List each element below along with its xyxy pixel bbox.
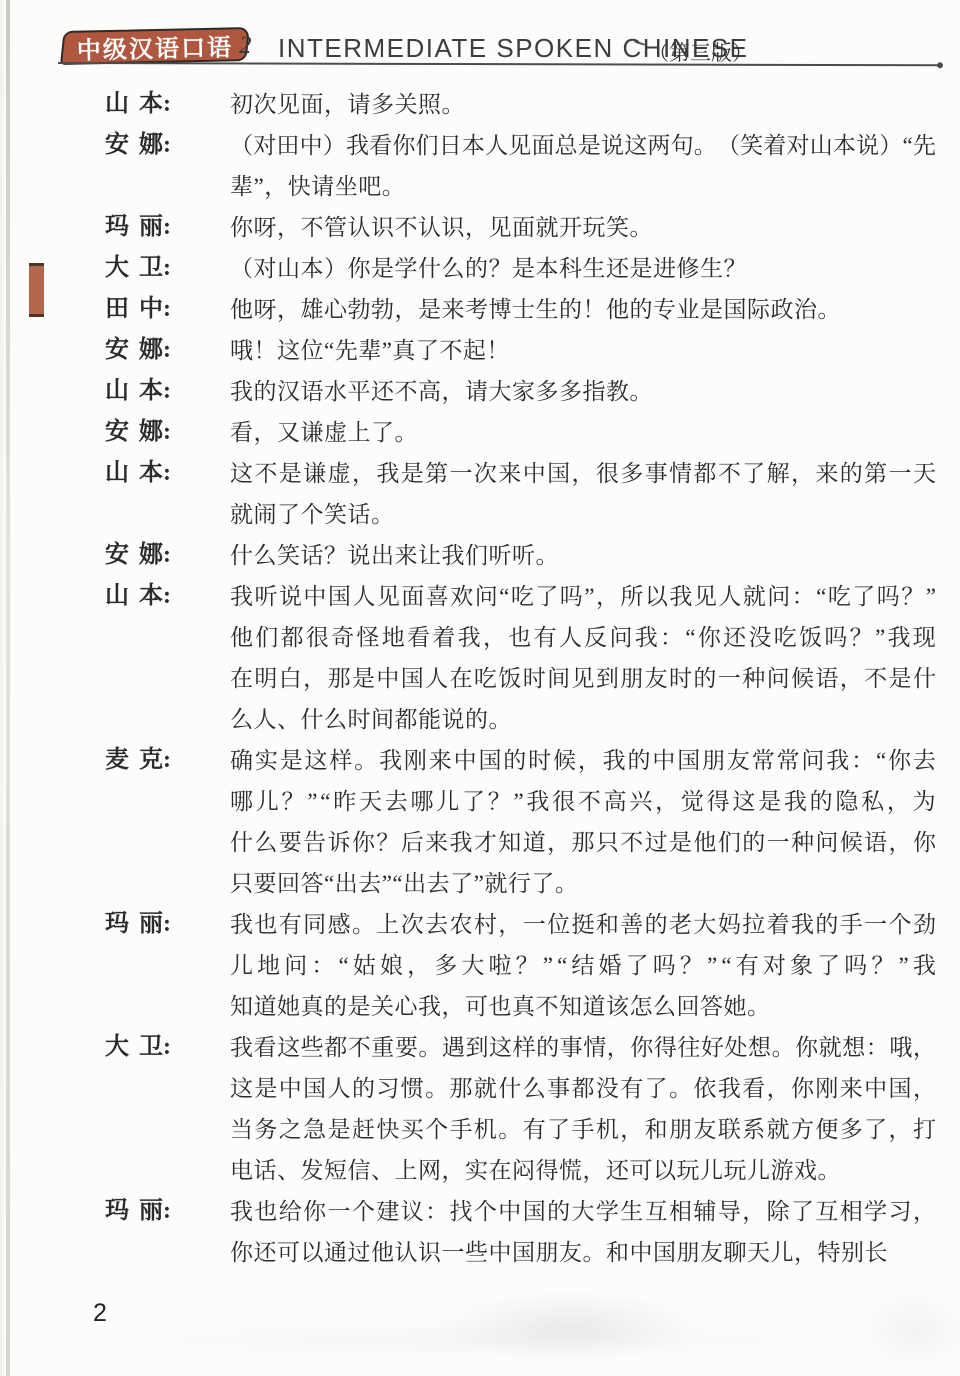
dialogue-line: 你还可以通过他认识一些中国朋友。和中国朋友聊天儿，特别长 — [230, 1232, 936, 1273]
speaker-label: 安娜: — [105, 125, 171, 166]
dialogue-text: 我听说中国人见面喜欢问“吃了吗”，所以我见人就问：“吃了吗？”他们都很奇怪地看着… — [230, 576, 936, 740]
speaker-label: 玛丽: — [105, 207, 171, 248]
speaker-label: 大卫: — [105, 248, 171, 289]
dialogue-row: 安娜: 看，又谦虚上了。 — [105, 412, 943, 453]
dialogue-line: 知道她真的是关心我，可也真不知道该怎么回答她。 — [230, 986, 936, 1027]
dialogue-row: 安娜: 哦！这位“先辈”真了不起！ — [105, 330, 943, 371]
dialogue-text: 哦！这位“先辈”真了不起！ — [230, 330, 936, 371]
dialogue-row: 安娜: 什么笑话？说出来让我们听听。 — [105, 535, 943, 576]
dialogue-row: 大卫: （对山本）你是学什么的？是本科生还是进修生？ — [105, 248, 943, 289]
dialogue-text: 确实是这样。我刚来中国的时候，我的中国朋友常常问我：“你去哪儿？”“昨天去哪儿了… — [230, 740, 936, 904]
series-badge-label: 中级汉语口语 — [76, 27, 233, 65]
dialogue-line: 我也给你一个建议：找个中国的大学生互相辅导，除了互相学习， — [230, 1191, 936, 1232]
dialogue-line: 只要回答“出去”“出去了”就行了。 — [230, 863, 936, 904]
dialogue-line: 么人、什么时间都能说的。 — [230, 699, 936, 740]
dialogue-row: 安娜: （对田中）我看你们日本人见面总是说这两句。（笑着对山本说）“先辈”，快请… — [105, 125, 943, 207]
dialogue-text: 这不是谦虚，我是第一次来中国，很多事情都不了解，来的第一天就闹了个笑话。 — [230, 453, 936, 535]
dialogue-line: 我也有同感。上次去农村，一位挺和善的老大妈拉着我的手一个劲 — [230, 904, 936, 945]
speaker-label: 麦克: — [105, 740, 171, 781]
scan-smudge — [860, 1290, 960, 1370]
dialogue-line: 他们都很奇怪地看着我，也有人反问我：“你还没吃饭吗？”我现 — [230, 617, 936, 658]
dialogue-text: 我看这些都不重要。遇到这样的事情，你得往好处想。你就想：哦，这是中国人的习惯。那… — [230, 1027, 936, 1191]
series-badge: 中级汉语口语 — [60, 27, 250, 65]
dialogue-line: 电话、发短信、上网，实在闷得慌，还可以玩儿玩儿游戏。 — [230, 1150, 936, 1191]
speaker-label: 安娜: — [105, 535, 171, 576]
dialogue-text: （对山本）你是学什么的？是本科生还是进修生？ — [230, 248, 936, 289]
dialogue-row: 玛丽: 你呀，不管认识不认识，见面就开玩笑。 — [105, 207, 943, 248]
footer-page-number: 2 — [93, 1299, 107, 1328]
dialogue-row: 玛丽: 我也给你一个建议：找个中国的大学生互相辅导，除了互相学习，你还可以通过他… — [105, 1191, 943, 1273]
chapter-tab-marker — [29, 263, 44, 317]
dialogue-line: 这不是谦虚，我是第一次来中国，很多事情都不了解，来的第一天 — [230, 453, 936, 494]
dialogue-text: 我也有同感。上次去农村，一位挺和善的老大妈拉着我的手一个劲儿地问：“姑娘，多大啦… — [230, 904, 936, 1027]
header-edition: （第三版） — [648, 37, 753, 67]
speaker-label: 山本: — [105, 371, 171, 412]
speaker-label: 大卫: — [105, 1027, 171, 1068]
dialogue-text: 我的汉语水平还不高，请大家多多指教。 — [230, 371, 936, 412]
dialogue-line: 在明白，那是中国人在吃饭时间见到朋友时的一种问候语，不是什 — [230, 658, 936, 699]
dialogue-line: 我听说中国人见面喜欢问“吃了吗”，所以我见人就问：“吃了吗？” — [230, 576, 936, 617]
dialogue-line: 你呀，不管认识不认识，见面就开玩笑。 — [230, 207, 936, 248]
dialogue-line: 哦！这位“先辈”真了不起！ — [230, 330, 936, 371]
speaker-label: 田中: — [105, 289, 171, 330]
speaker-label: 安娜: — [105, 412, 171, 453]
speaker-label: 山本: — [105, 84, 171, 125]
dialogue-line: 确实是这样。我刚来中国的时候，我的中国朋友常常问我：“你去 — [230, 740, 936, 781]
dialogue-row: 山本: 我的汉语水平还不高，请大家多多指教。 — [105, 371, 943, 412]
dialogue-line: 这是中国人的习惯。那就什么事都没有了。依我看，你刚来中国， — [230, 1068, 936, 1109]
dialogue-line: 初次见面，请多关照。 — [230, 84, 936, 125]
dialogue-row: 麦克: 确实是这样。我刚来中国的时候，我的中国朋友常常问我：“你去哪儿？”“昨天… — [105, 740, 943, 904]
dialogue-row: 山本: 我听说中国人见面喜欢问“吃了吗”，所以我见人就问：“吃了吗？”他们都很奇… — [105, 576, 943, 740]
dialogue-line: 就闹了个笑话。 — [230, 494, 936, 535]
dialogue-row: 山本: 初次见面，请多关照。 — [105, 84, 943, 125]
dialogue-line: 哪儿？”“昨天去哪儿了？”我很不高兴，觉得这是我的隐私，为 — [230, 781, 936, 822]
speaker-label: 玛丽: — [105, 1191, 171, 1232]
header-rule — [58, 62, 940, 66]
dialogue-line: 辈”，快请坐吧。 — [230, 166, 936, 207]
dialogue-line: 儿地问：“姑娘，多大啦？”“结婚了吗？”“有对象了吗？”我 — [230, 945, 936, 986]
scan-smudge — [120, 1320, 820, 1360]
speaker-label: 山本: — [105, 453, 171, 494]
dialogue-line: 什么笑话？说出来让我们听听。 — [230, 535, 936, 576]
dialogue-row: 玛丽: 我也有同感。上次去农村，一位挺和善的老大妈拉着我的手一个劲儿地问：“姑娘… — [105, 904, 943, 1027]
header-page-number: 2 — [239, 32, 252, 60]
page-header: 中级汉语口语 2 INTERMEDIATE SPOKEN CHINESE （第三… — [0, 26, 960, 66]
dialogue-text: 他呀，雄心勃勃，是来考博士生的！他的专业是国际政治。 — [230, 289, 936, 330]
dialogue-text: 你呀，不管认识不认识，见面就开玩笑。 — [230, 207, 936, 248]
dialogue-line: （对田中）我看你们日本人见面总是说这两句。（笑着对山本说）“先 — [230, 125, 936, 166]
speaker-label: 安娜: — [105, 330, 171, 371]
scan-smudge — [440, 1290, 700, 1360]
dialogue-line: 看，又谦虚上了。 — [230, 412, 936, 453]
dialogue: 山本: 初次见面，请多关照。 安娜: （对田中）我看你们日本人见面总是说这两句。… — [105, 84, 943, 1273]
book-spine-edge — [6, 0, 10, 1376]
dialogue-text: （对田中）我看你们日本人见面总是说这两句。（笑着对山本说）“先辈”，快请坐吧。 — [230, 125, 936, 207]
scanned-textbook-page: 中级汉语口语 2 INTERMEDIATE SPOKEN CHINESE （第三… — [0, 0, 960, 1376]
dialogue-text: 我也给你一个建议：找个中国的大学生互相辅导，除了互相学习，你还可以通过他认识一些… — [230, 1191, 936, 1273]
dialogue-row: 田中: 他呀，雄心勃勃，是来考博士生的！他的专业是国际政治。 — [105, 289, 943, 330]
dialogue-line: 我看这些都不重要。遇到这样的事情，你得往好处想。你就想：哦， — [230, 1027, 936, 1068]
dialogue-text: 初次见面，请多关照。 — [230, 84, 936, 125]
speaker-label: 山本: — [105, 576, 171, 617]
dialogue-row: 大卫: 我看这些都不重要。遇到这样的事情，你得往好处想。你就想：哦，这是中国人的… — [105, 1027, 943, 1191]
speaker-label: 玛丽: — [105, 904, 171, 945]
dialogue-line: 什么要告诉你？后来我才知道，那只不过是他们的一种问候语，你 — [230, 822, 936, 863]
dialogue-line: 我的汉语水平还不高，请大家多多指教。 — [230, 371, 936, 412]
dialogue-line: （对山本）你是学什么的？是本科生还是进修生？ — [230, 248, 936, 289]
dialogue-text: 看，又谦虚上了。 — [230, 412, 936, 453]
dialogue-row: 山本: 这不是谦虚，我是第一次来中国，很多事情都不了解，来的第一天就闹了个笑话。 — [105, 453, 943, 535]
dialogue-line: 当务之急是赶快买个手机。有了手机，和朋友联系就方便多了，打 — [230, 1109, 936, 1150]
dialogue-line: 他呀，雄心勃勃，是来考博士生的！他的专业是国际政治。 — [230, 289, 936, 330]
dialogue-text: 什么笑话？说出来让我们听听。 — [230, 535, 936, 576]
